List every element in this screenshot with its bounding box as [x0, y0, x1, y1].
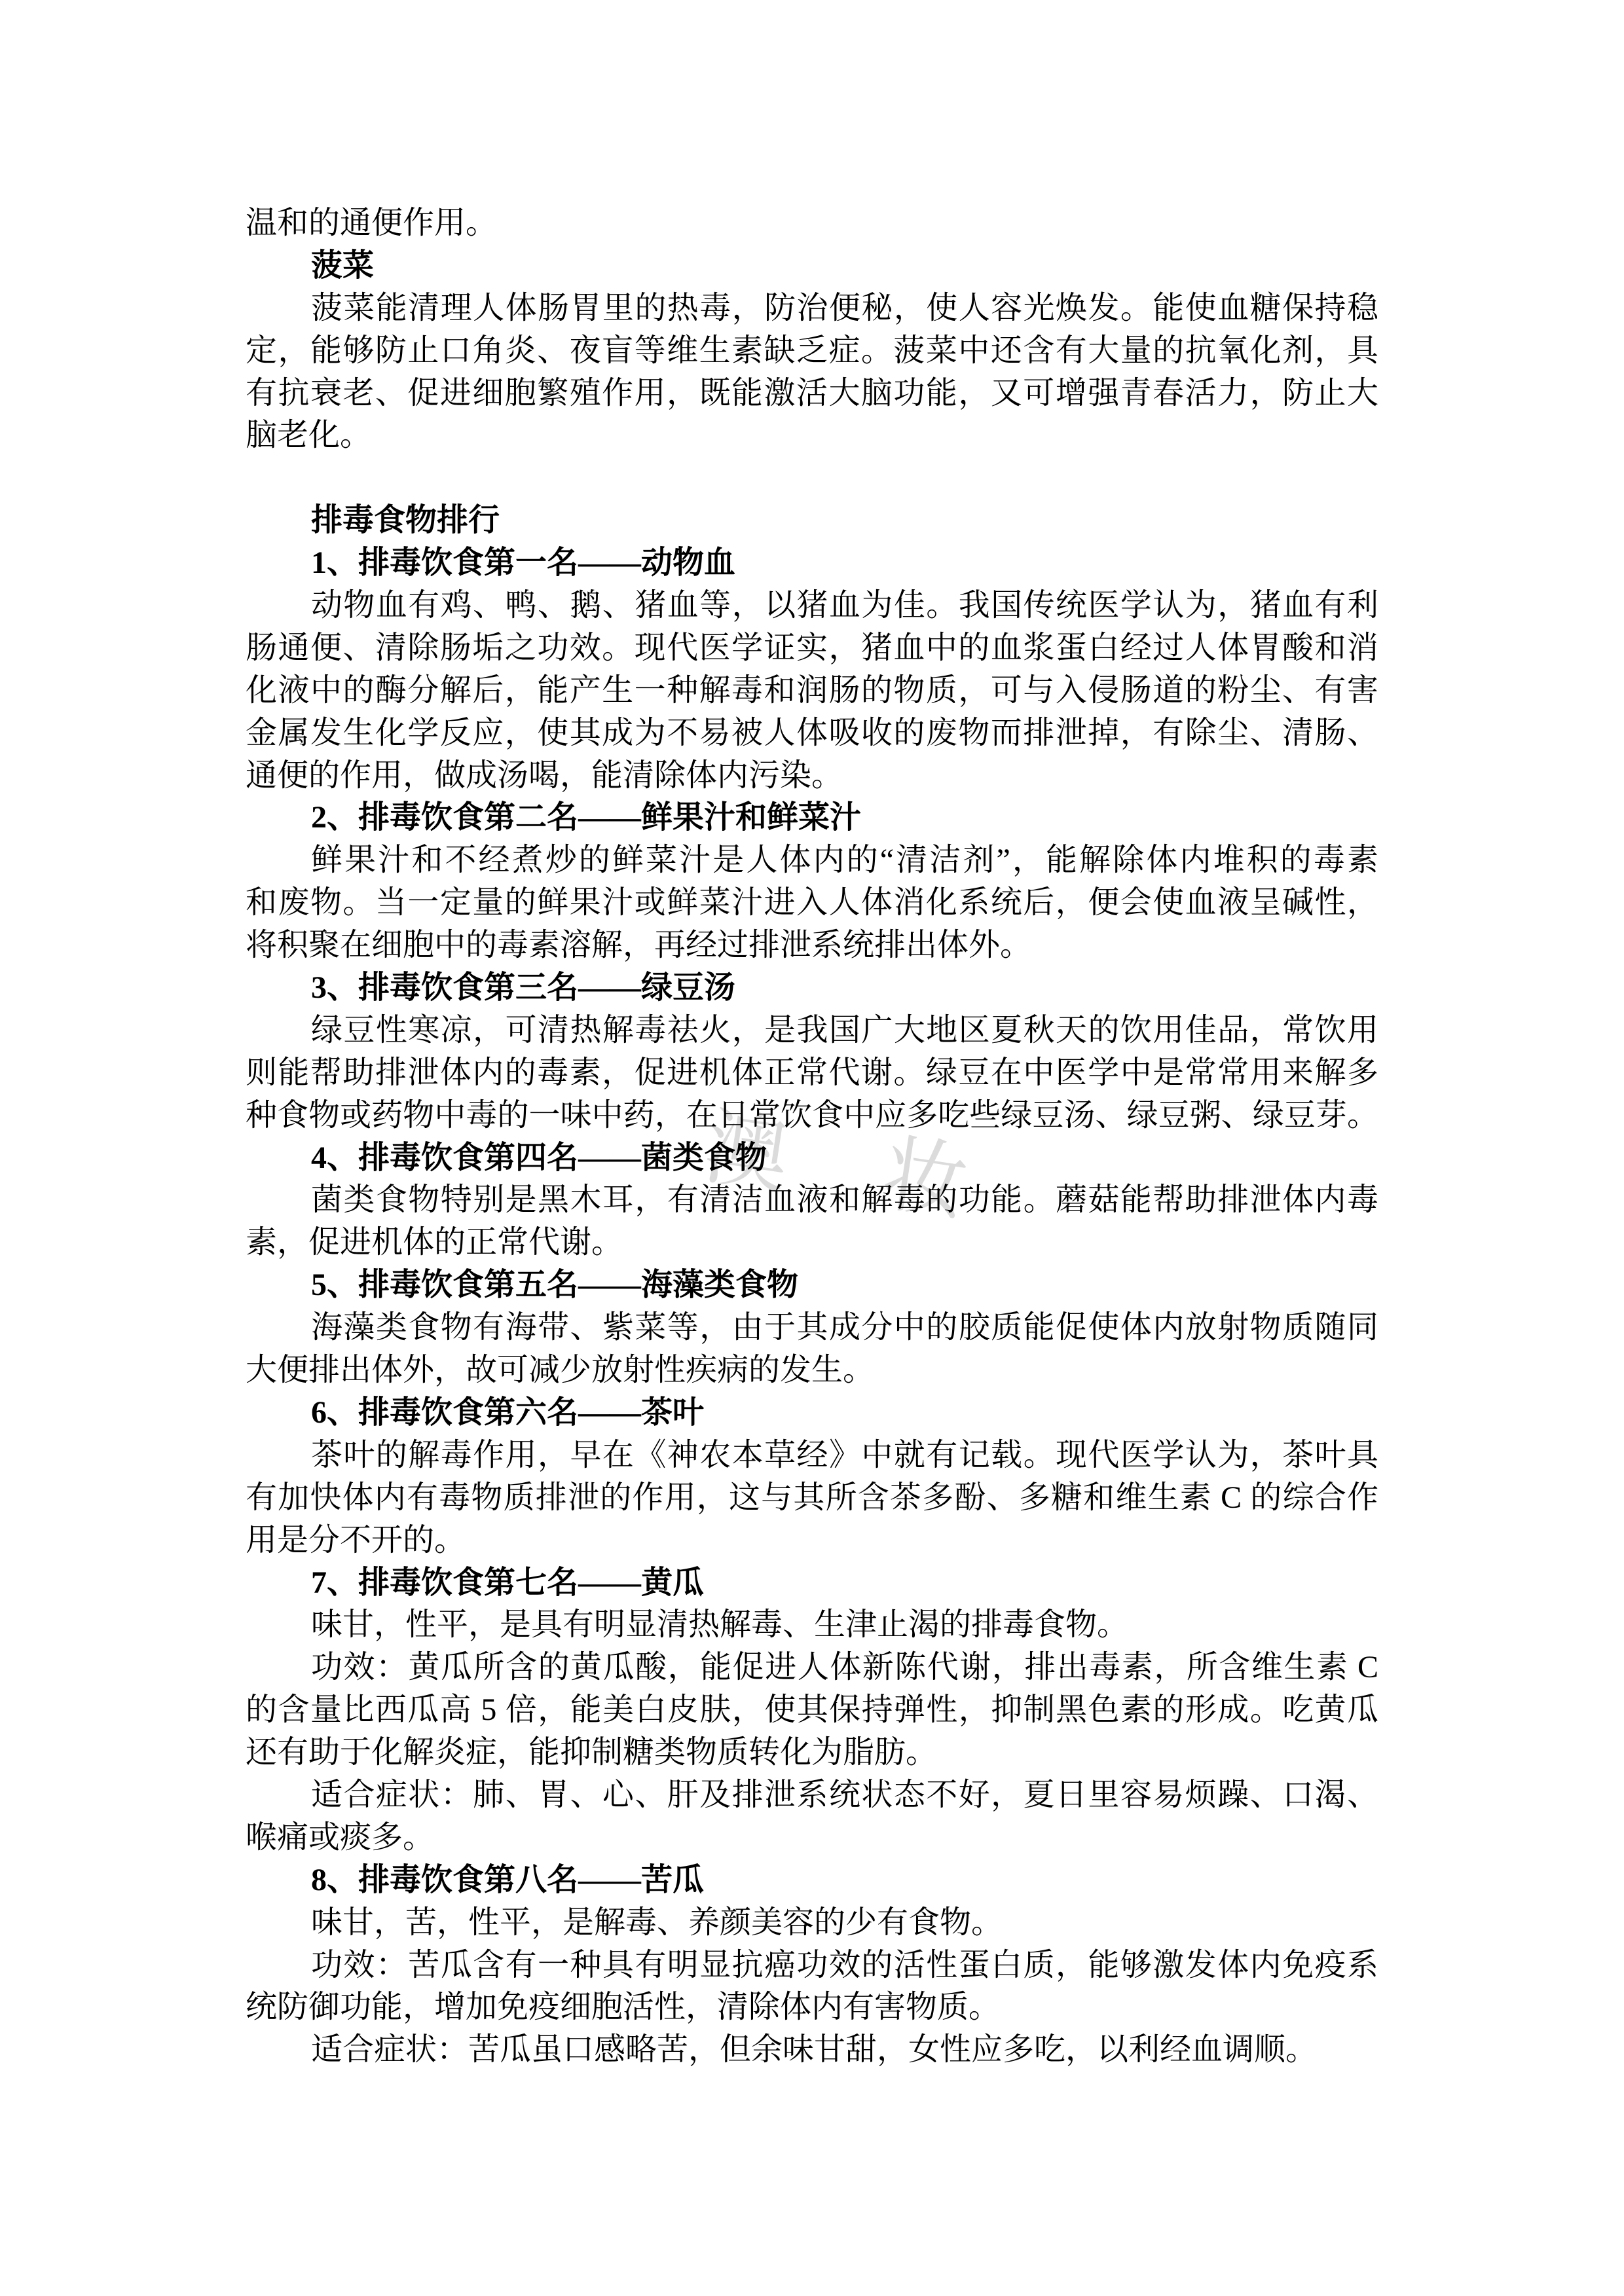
text-line: 还有助于化解炎症，能抑制糖类物质转化为脂肪。: [246, 1732, 1378, 1774]
text-line: 肠通便、清除肠垢之功效。现代医学证实，猪血中的血浆蛋白经过人体胃酸和消: [246, 627, 1378, 670]
text-line: 定，能够防止口角炎、夜盲等维生素缺乏症。菠菜中还含有大量的抗氧化剂，具: [246, 330, 1378, 373]
section-heading: 菠菜: [246, 245, 1378, 287]
text-line: 温和的通便作用。: [246, 202, 1378, 245]
text-line: 味甘，苦，性平，是解毒、养颜美容的少有食物。: [246, 1902, 1378, 1944]
text-line: 绿豆性寒凉，可清热解毒祛火，是我国广大地区夏秋天的饮用佳品，常饮用: [246, 1010, 1378, 1052]
text-line: 功效：黄瓜所含的黄瓜酸，能促进人体新陈代谢，排出毒素，所含维生素 C: [246, 1647, 1378, 1689]
text-line: 素，促进机体的正常代谢。: [246, 1222, 1378, 1264]
text-line: 喉痛或痰多。: [246, 1817, 1378, 1859]
text-line: 鲜果汁和不经煮炒的鲜菜汁是人体内的“清洁剂”，能解除体内堆积的毒素: [246, 839, 1378, 882]
text-line: 和废物。当一定量的鲜果汁或鲜菜汁进入人体消化系统后，便会使血液呈碱性，: [246, 882, 1378, 924]
text-line: 统防御功能，增加免疫细胞活性，清除体内有害物质。: [246, 1986, 1378, 2029]
text-line: 适合症状：肺、胃、心、肝及排泄系统状态不好，夏日里容易烦躁、口渴、: [246, 1774, 1378, 1817]
section-heading: 4、排毒饮食第四名——菌类食物: [246, 1137, 1378, 1180]
text-line: 功效：苦瓜含有一种具有明显抗癌功效的活性蛋白质，能够激发体内免疫系: [246, 1944, 1378, 1987]
text-line: 菠菜能清理人体肠胃里的热毒，防治便秘，使人容光焕发。能使血糖保持稳: [246, 287, 1378, 330]
text-line: 海藻类食物有海带、紫菜等，由于其成分中的胶质能促使体内放射物质随同: [246, 1307, 1378, 1349]
document-text-block: 温和的通便作用。菠菜菠菜能清理人体肠胃里的热毒，防治便秘，使人容光焕发。能使血糖…: [246, 202, 1378, 2071]
text-line: 脑老化。: [246, 414, 1378, 457]
text-line: 种食物或药物中毒的一味中药，在日常饮食中应多吃些绿豆汤、绿豆粥、绿豆芽。: [246, 1095, 1378, 1137]
section-heading: 8、排毒饮食第八名——苦瓜: [246, 1859, 1378, 1902]
section-heading: 5、排毒饮食第五名——海藻类食物: [246, 1264, 1378, 1307]
text-line: 通便的作用，做成汤喝，能清除体内污染。: [246, 755, 1378, 797]
text-line: 适合症状：苦瓜虽口感略苦，但余味甘甜，女性应多吃，以利经血调顺。: [246, 2029, 1378, 2071]
text-line: 将积聚在细胞中的毒素溶解，再经过排泄系统排出体外。: [246, 924, 1378, 967]
section-heading: 3、排毒饮食第三名——绿豆汤: [246, 967, 1378, 1010]
text-line: 的含量比西瓜高 5 倍，能美白皮肤，使其保持弹性，抑制黑色素的形成。吃黄瓜: [246, 1689, 1378, 1732]
section-heading: 排毒食物排行: [246, 500, 1378, 542]
text-line: 有加快体内有毒物质排泄的作用，这与其所含茶多酚、多糖和维生素 C 的综合作: [246, 1477, 1378, 1520]
text-line: 味甘，性平，是具有明显清热解毒、生津止渴的排毒食物。: [246, 1604, 1378, 1647]
text-line: 菌类食物特别是黑木耳，有清洁血液和解毒的功能。蘑菇能帮助排泄体内毒: [246, 1179, 1378, 1222]
section-heading: 1、排毒饮食第一名——动物血: [246, 542, 1378, 585]
section-heading: 6、排毒饮食第六名——茶叶: [246, 1392, 1378, 1434]
document-page: 澳 妆 温和的通便作用。菠菜菠菜能清理人体肠胃里的热毒，防治便秘，使人容光焕发。…: [0, 0, 1624, 2296]
text-line: 有抗衰老、促进细胞繁殖作用，既能激活大脑功能，又可增强青春活力，防止大: [246, 373, 1378, 415]
text-line: 化液中的酶分解后，能产生一种解毒和润肠的物质，可与入侵肠道的粉尘、有害: [246, 670, 1378, 712]
text-line: 用是分不开的。: [246, 1520, 1378, 1562]
text-line: 动物血有鸡、鸭、鹅、猪血等，以猪血为佳。我国传统医学认为，猪血有利: [246, 585, 1378, 627]
text-line: 金属发生化学反应，使其成为不易被人体吸收的废物而排泄掉，有除尘、清肠、: [246, 712, 1378, 755]
section-heading: 2、排毒饮食第二名——鲜果汁和鲜菜汁: [246, 797, 1378, 839]
section-heading: 7、排毒饮食第七名——黄瓜: [246, 1562, 1378, 1605]
text-line: 大便排出体外，故可减少放射性疾病的发生。: [246, 1349, 1378, 1392]
text-line: 则能帮助排泄体内的毒素，促进机体正常代谢。绿豆在中医学中是常常用来解多: [246, 1052, 1378, 1095]
blank-line: [246, 457, 1378, 500]
text-line: 茶叶的解毒作用，早在《神农本草经》中就有记载。现代医学认为，茶叶具: [246, 1434, 1378, 1477]
